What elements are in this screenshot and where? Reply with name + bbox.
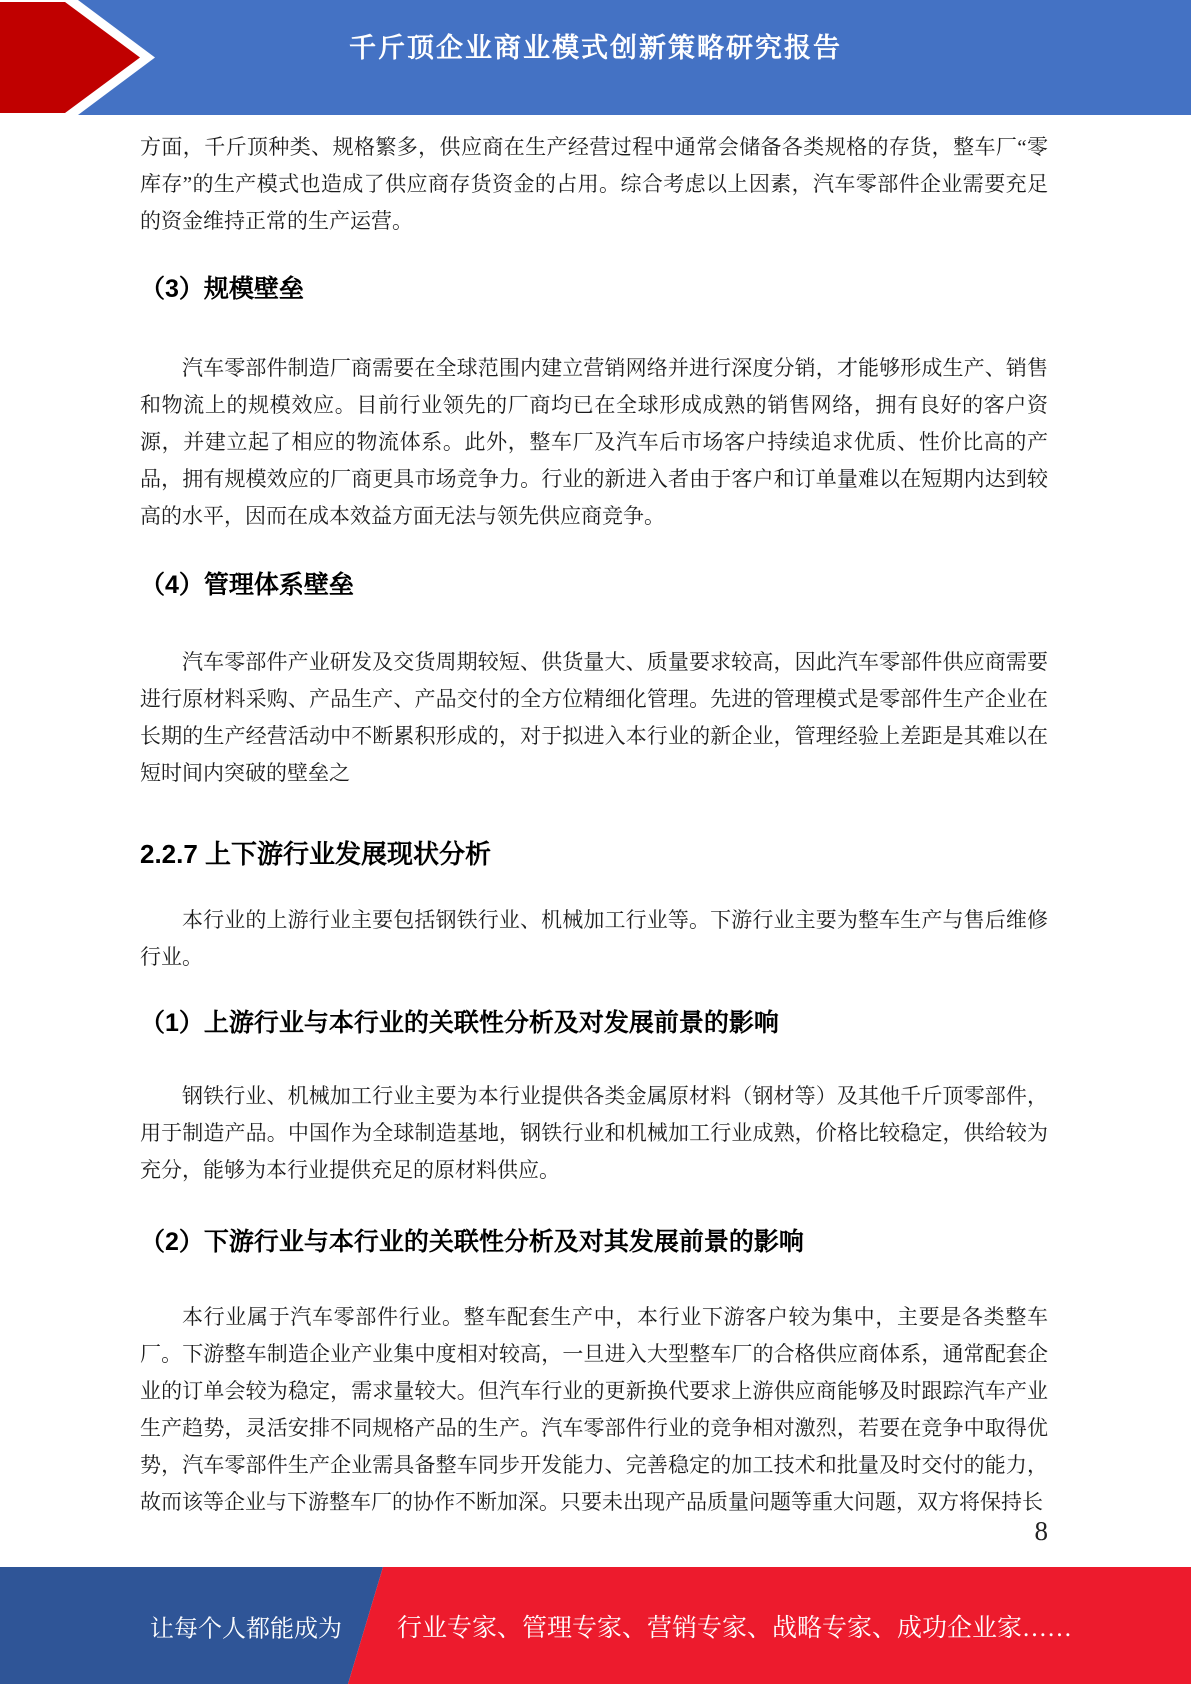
heading-scale-barrier: （3）规模壁垒 (140, 272, 1048, 306)
paragraph-upstream-analysis: 钢铁行业、机械加工行业主要为本行业提供各类金属原材料（钢材等）及其他千斤顶零部件… (140, 1078, 1048, 1189)
heading-management-barrier: （4）管理体系壁垒 (140, 568, 1048, 602)
paragraph-continuation: 方面，千斤顶种类、规格繁多，供应商在生产经营过程中通常会储备各类规格的存货，整车… (140, 129, 1048, 240)
header-bar: 千斤顶企业商业模式创新策略研究报告 (0, 0, 1191, 115)
heading-downstream-analysis: （2）下游行业与本行业的关联性分析及对其发展前景的影响 (140, 1225, 1048, 1259)
paragraph-management-barrier: 汽车零部件产业研发及交货周期较短、供货量大、质量要求较高，因此汽车零部件供应商需… (140, 644, 1048, 792)
page-number: 8 (1035, 1516, 1049, 1547)
footer-slogan-right: 行业专家、管理专家、营销专家、战略专家、成功企业家…… (397, 1608, 1072, 1644)
report-page: 千斤顶企业商业模式创新策略研究报告 方面，千斤顶种类、规格繁多，供应商在生产经营… (0, 0, 1191, 1684)
heading-section-2-2-7: 2.2.7 上下游行业发展现状分析 (140, 836, 1048, 872)
paragraph-downstream-analysis: 本行业属于汽车零部件行业。整车配套生产中，本行业下游客户较为集中，主要是各类整车… (140, 1299, 1048, 1521)
page-title: 千斤顶企业商业模式创新策略研究报告 (0, 26, 1191, 65)
footer-slogan-left: 让每个人都能成为 (150, 1608, 342, 1643)
paragraph-section-2-2-7: 本行业的上游行业主要包括钢铁行业、机械加工行业等。下游行业主要为整车生产与售后维… (140, 902, 1048, 976)
heading-upstream-analysis: （1）上游行业与本行业的关联性分析及对发展前景的影响 (140, 1006, 1048, 1040)
footer-bar: 让每个人都能成为 行业专家、管理专家、营销专家、战略专家、成功企业家…… (0, 1567, 1191, 1684)
document-body: 方面，千斤顶种类、规格繁多，供应商在生产经营过程中通常会储备各类规格的存货，整车… (140, 115, 1048, 1521)
paragraph-scale-barrier: 汽车零部件制造厂商需要在全球范围内建立营销网络并进行深度分销，才能够形成生产、销… (140, 350, 1048, 535)
